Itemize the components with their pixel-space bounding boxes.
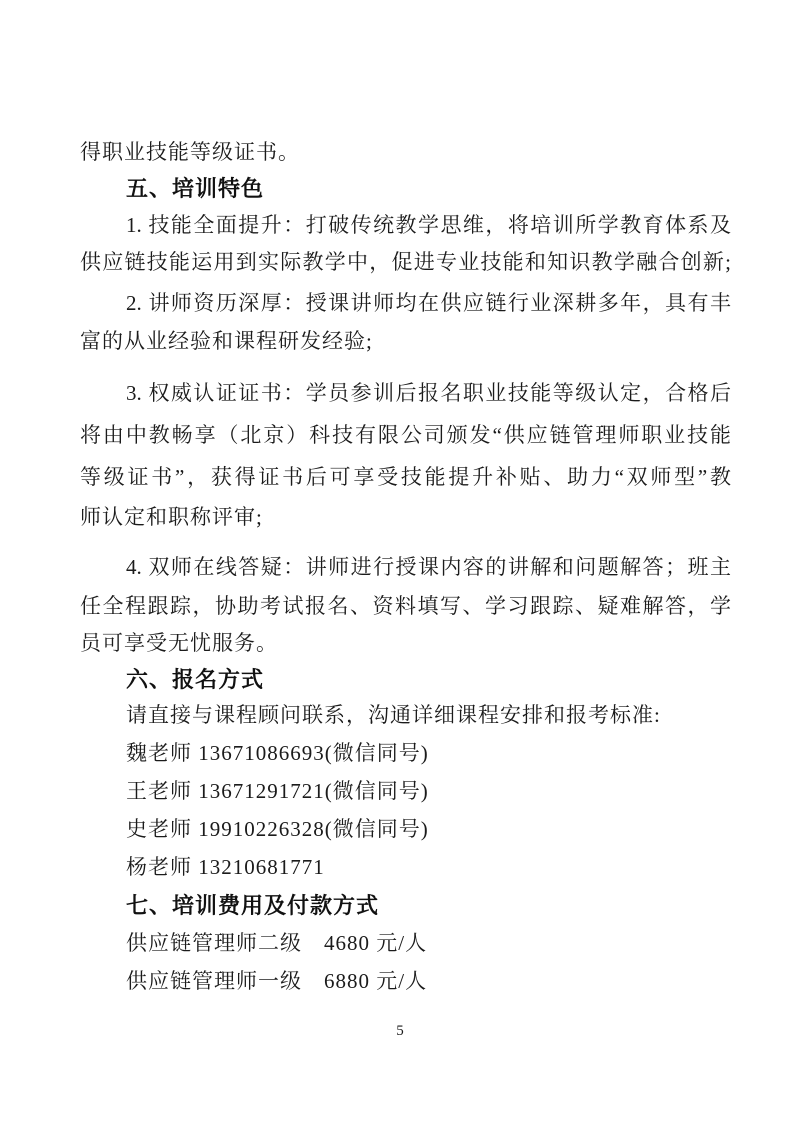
contact-line-yang: 杨老师 13210681771 — [80, 854, 731, 881]
feature-4-line-3: 员可享受无忧服务。 — [80, 630, 731, 657]
feature-3-line-4: 师认定和职称评审; — [80, 504, 731, 531]
section-7-heading: 七、培训费用及付款方式 — [80, 892, 731, 919]
fee-line-level-1: 供应链管理师一级 6880 元/人 — [80, 968, 731, 995]
feature-1-line-2: 供应链技能运用到实际教学中，促进专业技能和知识教学融合创新; — [80, 249, 731, 276]
feature-2-line-2: 富的从业经验和课程研发经验; — [80, 328, 731, 355]
feature-2-line-1: 2. 讲师资历深厚：授课讲师均在供应链行业深耕多年，具有丰 — [80, 290, 731, 317]
feature-3-line-3: 等级证书”，获得证书后可享受技能提升补贴、助力“双师型”教 — [80, 464, 731, 491]
contact-line-shi: 史老师 19910226328(微信同号) — [80, 816, 731, 843]
registration-intro-line: 请直接与课程顾问联系，沟通详细课程安排和报考标准: — [80, 702, 731, 729]
feature-3-line-2: 将由中教畅享（北京）科技有限公司颁发“供应链管理师职业技能 — [80, 422, 731, 449]
feature-4-line-2: 任全程跟踪，协助考试报名、资料填写、学习跟踪、疑难解答，学 — [80, 593, 731, 620]
contact-line-wang: 王老师 13671291721(微信同号) — [80, 778, 731, 805]
feature-1-line-1: 1. 技能全面提升：打破传统教学思维，将培训所学教育体系及 — [80, 212, 731, 239]
section-5-heading: 五、培训特色 — [80, 175, 731, 202]
section-6-heading: 六、报名方式 — [80, 666, 731, 693]
contact-line-wei: 魏老师 13671086693(微信同号) — [80, 740, 731, 767]
lead-line: 得职业技能等级证书。 — [80, 139, 731, 166]
page-number: 5 — [0, 1021, 800, 1041]
document-page: 得职业技能等级证书。 五、培训特色 1. 技能全面提升：打破传统教学思维，将培训… — [0, 0, 800, 1131]
fee-line-level-2: 供应链管理师二级 4680 元/人 — [80, 930, 731, 957]
feature-3-line-1: 3. 权威认证证书：学员参训后报名职业技能等级认定，合格后 — [80, 380, 731, 407]
feature-4-line-1: 4. 双师在线答疑：讲师进行授课内容的讲解和问题解答；班主 — [80, 554, 731, 581]
